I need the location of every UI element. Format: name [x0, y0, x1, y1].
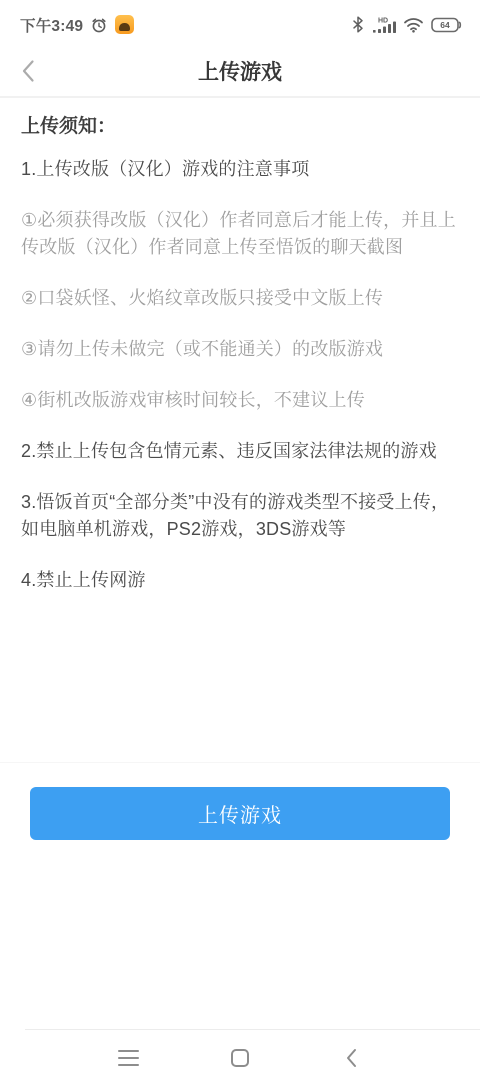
notice-item-1c: ③请勿上传未做完（或不能通关）的改版游戏: [21, 336, 459, 363]
battery-icon: 64: [431, 17, 462, 33]
notice-item-2: 2.禁止上传包含色情元素、违反国家法律法规的游戏: [21, 438, 459, 465]
notice-item-1: 1.上传改版（汉化）游戏的注意事项: [21, 156, 459, 183]
app-screen: 下午3:49 HD: [0, 0, 480, 1086]
page-title: 上传游戏: [0, 45, 480, 96]
bluetooth-icon: [352, 16, 364, 33]
notice-heading: 上传须知：: [21, 113, 459, 140]
cell-signal-icon: HD: [371, 16, 396, 34]
notice-item-3: 3.悟饭首页“全部分类”中没有的游戏类型不接受上传，如电脑单机游戏，PS2游戏，…: [21, 489, 459, 543]
notice-item-1a: ①必须获得改版（汉化）作者同意后才能上传，并且上传改版（汉化）作者同意上传至悟饭…: [21, 207, 459, 261]
status-bar-right: HD 64: [352, 16, 462, 34]
upload-game-button[interactable]: 上传游戏: [30, 787, 450, 840]
clock-text: 下午3:49: [20, 14, 83, 36]
chevron-left-icon: [21, 59, 35, 83]
notice-item-1b: ②口袋妖怪、火焰纹章改版只接受中文版上传: [21, 285, 459, 312]
app-notification-icon: [115, 15, 134, 34]
alarm-icon: [90, 16, 108, 34]
back-button[interactable]: [10, 53, 46, 89]
header-bar: 上传游戏: [0, 45, 480, 98]
status-bar: 下午3:49 HD: [0, 0, 480, 45]
upload-notice: 上传须知： 1.上传改版（汉化）游戏的注意事项 ①必须获得改版（汉化）作者同意后…: [0, 100, 480, 594]
wifi-icon: [403, 16, 424, 33]
home-square-icon: [231, 1049, 249, 1067]
back-nav-button[interactable]: [330, 1037, 372, 1079]
home-button[interactable]: [219, 1037, 261, 1079]
section-divider: [0, 762, 480, 763]
chevron-left-icon: [345, 1048, 357, 1068]
recents-button[interactable]: [107, 1037, 149, 1079]
menu-icon: [118, 1050, 139, 1066]
notice-item-1d: ④街机改版游戏审核时间较长，不建议上传: [21, 387, 459, 414]
signal-hd-label: HD: [378, 17, 388, 24]
system-nav-bar: [0, 1030, 480, 1086]
notice-item-4: 4.禁止上传网游: [21, 567, 459, 594]
battery-percent-text: 64: [440, 20, 450, 30]
status-bar-left: 下午3:49: [20, 14, 134, 36]
